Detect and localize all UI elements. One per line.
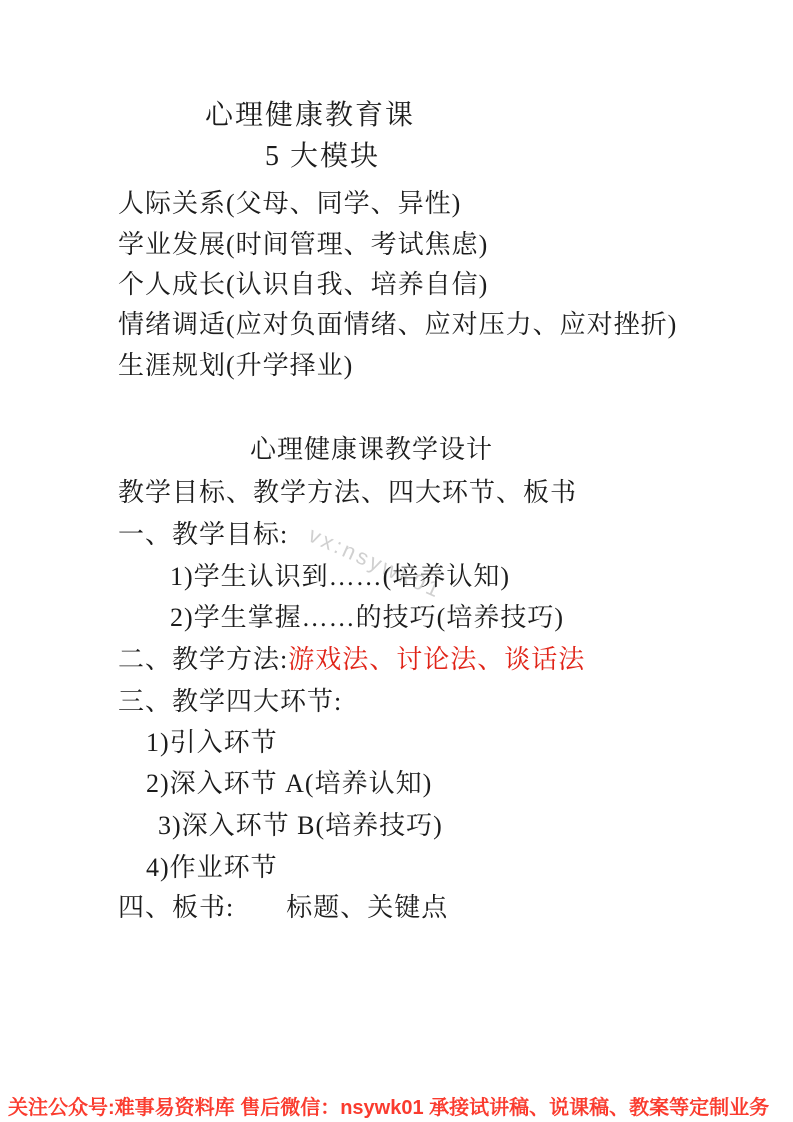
board-value: 标题、关键点: [286, 893, 448, 922]
course-title: 心理健康教育课: [205, 100, 415, 132]
method-line: 二、教学方法:游戏法、讨论法、谈话法: [118, 644, 585, 676]
stage-item-4: 4)作业环节: [146, 852, 278, 884]
module-item-geren: 个人成长(认识自我、培养自信): [118, 269, 488, 301]
board-line: 四、板书:标题、关键点: [118, 892, 448, 924]
stage-item-1: 1)引入环节: [146, 727, 278, 759]
board-heading: 四、板书:: [118, 893, 234, 922]
design-title: 心理健康课教学设计: [250, 434, 493, 466]
goal-item-1: 1)学生认识到……(培养认知): [170, 561, 510, 593]
stage-item-2: 2)深入环节 A(培养认知): [146, 768, 432, 800]
method-heading: 二、教学方法:: [118, 645, 288, 674]
stage-item-3: 3)深入环节 B(培养技巧): [158, 810, 443, 842]
goal-heading: 一、教学目标:: [118, 519, 288, 551]
module-item-qingxu: 情绪调适(应对负面情绪、应对压力、应对挫折): [118, 309, 677, 341]
goal-item-2: 2)学生掌握……的技巧(培养技巧): [170, 602, 564, 634]
module-item-renji: 人际关系(父母、同学、异性): [118, 188, 461, 220]
stages-heading: 三、教学四大环节:: [118, 686, 342, 718]
method-value-highlighted: 游戏法、讨论法、谈话法: [288, 645, 585, 674]
module-item-xueye: 学业发展(时间管理、考试焦虑): [118, 229, 488, 261]
document-page: 心理健康教育课 5 大模块 人际关系(父母、同学、异性) 学业发展(时间管理、考…: [0, 0, 793, 1122]
module-item-shengya: 生涯规划(升学择业): [118, 350, 353, 382]
course-subtitle: 5 大模块: [265, 141, 380, 173]
footer-promo-banner: 关注公众号:难事易资料库 售后微信：nsywk01 承接试讲稿、说课稿、教案等定…: [8, 1096, 793, 1120]
design-overview: 教学目标、教学方法、四大环节、板书: [118, 477, 577, 509]
